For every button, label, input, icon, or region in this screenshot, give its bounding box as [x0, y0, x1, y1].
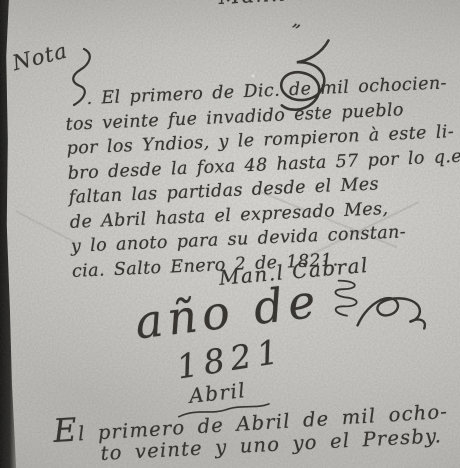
year-heading: año de	[132, 273, 323, 349]
note-paragraph: . El primero de Dic. de mil ochocien- to…	[64, 72, 446, 284]
top-signature-cutoff: Man.l Cabral	[218, 0, 376, 9]
manuscript-photo: Man.l Cabral ” Nota . El primero de Dic.…	[0, 0, 460, 468]
year-flourish-icon	[350, 284, 433, 342]
